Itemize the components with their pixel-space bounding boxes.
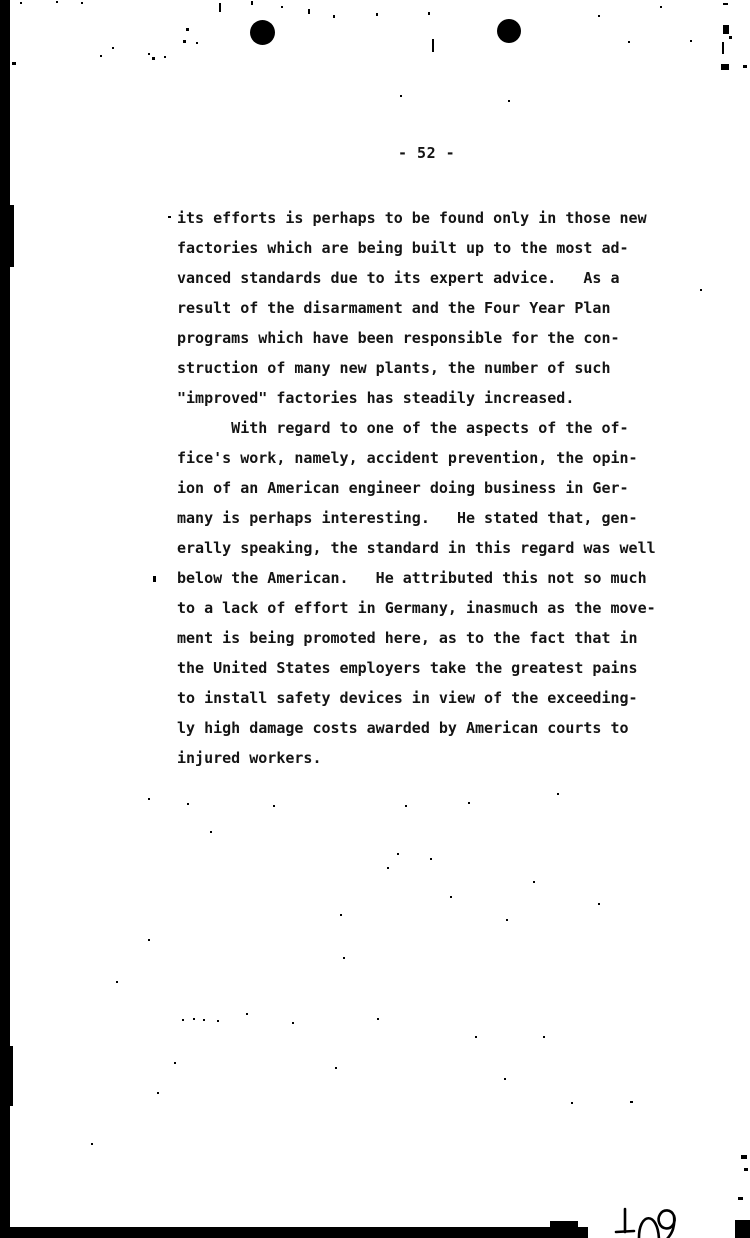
scan-speck [723, 25, 729, 34]
scan-speck [292, 1022, 294, 1024]
scan-speck [100, 55, 102, 57]
scan-speck [504, 1078, 506, 1080]
scan-speck [430, 858, 432, 860]
scan-speck [432, 39, 434, 52]
scan-speck [91, 1143, 93, 1145]
scan-speck [405, 805, 407, 807]
text-line: the United States employers take the gre… [177, 653, 697, 683]
scan-speck [550, 1221, 578, 1227]
scan-speck [157, 1092, 159, 1094]
scan-speck [508, 100, 510, 102]
text-line: below the American. He attributed this n… [177, 563, 697, 593]
text-line: With regard to one of the aspects of the… [177, 413, 697, 443]
scan-speck [700, 289, 702, 291]
text-line: ly high damage costs awarded by American… [177, 713, 697, 743]
text-line: injured workers. [177, 743, 697, 773]
text-line: many is perhaps interesting. He stated t… [177, 503, 697, 533]
scan-speck [690, 40, 692, 42]
scan-speck [116, 981, 118, 983]
scan-speck [660, 6, 662, 8]
scan-speck [148, 939, 150, 941]
scan-speck [738, 1197, 743, 1200]
scan-speck [308, 9, 310, 14]
scan-speck [246, 1013, 248, 1015]
scan-speck [281, 6, 283, 8]
scan-speck [152, 57, 155, 60]
scan-speck [543, 1036, 545, 1038]
scan-speck [387, 867, 389, 869]
scan-edge-bump [0, 1046, 13, 1106]
scan-speck [533, 881, 535, 883]
scan-speck [183, 40, 186, 43]
text-line: ion of an American engineer doing busine… [177, 473, 697, 503]
scan-speck [203, 1019, 205, 1021]
scan-speck [628, 41, 630, 43]
scan-speck [174, 1062, 176, 1064]
scan-speck [186, 28, 189, 31]
scan-speck [630, 1101, 633, 1103]
scan-speck [20, 2, 22, 4]
scan-speck [335, 1067, 337, 1069]
text-line: result of the disarmament and the Four Y… [177, 293, 697, 323]
typewritten-text-block: its efforts is perhaps to be found only … [177, 203, 697, 773]
scan-speck [164, 56, 166, 58]
scan-speck [153, 576, 156, 582]
scan-speck [251, 1, 253, 5]
text-line: to install safety devices in view of the… [177, 683, 697, 713]
scan-edge-bottom-band [0, 1227, 588, 1238]
scan-speck [182, 1019, 184, 1021]
scan-speck [729, 36, 732, 39]
text-line: factories which are being built up to th… [177, 233, 697, 263]
text-line: "improved" factories has steadily increa… [177, 383, 697, 413]
scan-speck [168, 216, 171, 218]
text-line: erally speaking, the standard in this re… [177, 533, 697, 563]
scan-speck [196, 42, 198, 44]
scan-speck [377, 1018, 379, 1020]
scan-speck [571, 1102, 573, 1104]
text-line: to a lack of effort in Germany, inasmuch… [177, 593, 697, 623]
scan-speck [723, 3, 728, 5]
text-line: struction of many new plants, the number… [177, 353, 697, 383]
scan-speck [450, 896, 452, 898]
scan-speck [112, 47, 114, 49]
scan-speck [81, 2, 83, 4]
scan-speck [217, 1020, 219, 1022]
scan-speck [193, 1018, 195, 1020]
scan-speck [12, 62, 16, 65]
text-line: its efforts is perhaps to be found only … [177, 203, 697, 233]
scan-speck [743, 65, 747, 68]
scan-speck [557, 793, 559, 795]
scan-speck [475, 1036, 477, 1038]
text-line: programs which have been responsible for… [177, 323, 697, 353]
scan-edge-bump [0, 205, 14, 267]
scan-speck [273, 805, 275, 807]
scan-edge-bottom-right-blob [735, 1220, 750, 1238]
page-number-header: - 52 - [398, 144, 455, 162]
scan-speck [744, 1168, 748, 1171]
scan-speck [598, 903, 600, 905]
scan-speck [598, 15, 600, 17]
scan-speck [741, 1155, 747, 1159]
scan-speck [148, 53, 150, 55]
scan-speck [506, 919, 508, 921]
scan-speck [376, 13, 378, 16]
scan-speck [428, 12, 430, 15]
scan-speck [343, 957, 345, 959]
scan-speck [219, 3, 221, 12]
scan-speck [56, 1, 58, 3]
text-line: fice's work, namely, accident prevention… [177, 443, 697, 473]
scan-speck [468, 802, 470, 804]
hole-punch-left [250, 20, 275, 45]
scan-speck [721, 64, 729, 70]
scan-speck [722, 42, 724, 54]
scan-speck [400, 95, 402, 97]
scan-speck [187, 803, 189, 805]
handwritten-page-number [603, 1202, 687, 1238]
scan-speck [210, 831, 212, 833]
scan-speck [340, 914, 342, 916]
hole-punch-right [497, 19, 521, 43]
scan-speck [397, 853, 399, 855]
text-line: ment is being promoted here, as to the f… [177, 623, 697, 653]
text-line: vanced standards due to its expert advic… [177, 263, 697, 293]
scanned-document-page: - 52 - its efforts is perhaps to be foun… [0, 0, 750, 1238]
scan-speck [333, 15, 335, 18]
scan-speck [148, 798, 150, 800]
